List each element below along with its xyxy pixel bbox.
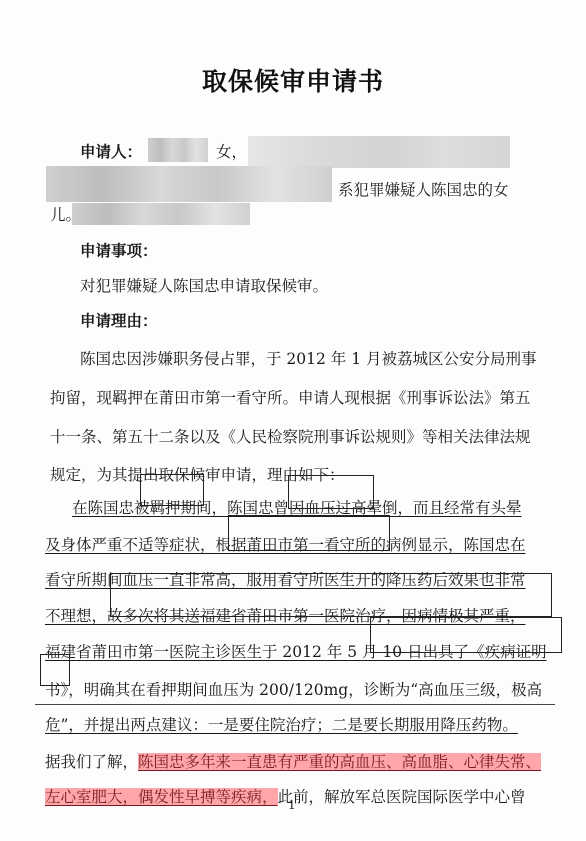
page-number: 1 [288, 798, 296, 812]
body-line-underlined: 不理想，故多次将其送福建省莆田市第一医院治疗，因病情极其严重， [45, 606, 526, 626]
handwritten-rule [35, 704, 555, 705]
body-line-12: 据我们了解，陈国忠多年来一直患有严重的高血压、高血脂、心律失常、 [45, 752, 541, 772]
body-line: 拘留，现羁押在莆田市第一看守所。申请人现根据《刑事诉讼法》第五 [50, 388, 531, 408]
body-line: 书》，明确其在看押期间血压为 200/120mg，诊断为“高血压三级，极高 [45, 680, 542, 700]
redacted-address [46, 166, 332, 202]
redacted-info [248, 136, 510, 168]
body-line-underlined: 危”，并提出两点建议：一是要住院治疗；二是要长期服用降压药物。 [45, 715, 518, 735]
body-line: 规定，为其提出取保候审申请，理由如下： [50, 465, 345, 485]
highlighted-text: 左心室肥大，偶发性早搏等疾病， [45, 788, 278, 806]
matter-text: 对犯罪嫌疑人陈国忠申请取保候审。 [80, 276, 328, 296]
document-title: 取保候审申请书 [0, 62, 586, 98]
redacted-id [72, 203, 250, 225]
relation-text: 系犯罪嫌疑人陈国忠的女 [338, 180, 509, 200]
reason-heading: 申请理由： [80, 311, 158, 331]
document-page: 取保候审申请书 申请人： 女， 系犯罪嫌疑人陈国忠的女 儿。 申请事项： 对犯罪… [0, 0, 586, 841]
line13-suffix: 此前，解放军总医院国际医学中心曾 [278, 788, 526, 806]
body-line-underlined: 及身体严重不适等症状，根据莆田市第一看守所的病例显示，陈国忠在 [45, 535, 526, 555]
body-line-underlined: 在陈国忠被羁押期间，陈国忠曾因血压过高晕倒，而且经常有头晕 [72, 498, 522, 518]
body-line: 陈国忠因涉嫌职务侵占罪，于 2012 年 1 月被荔城区公安分局刑事 [80, 349, 537, 369]
body-line: 十一条、第五十二条以及《人民检察院刑事诉讼规则》等相关法律法规 [50, 427, 531, 447]
body-line-underlined: 福建省莆田市第一医院主诊医生于 2012 年 5 月 10 日出具了《疾病证明 [45, 642, 547, 662]
highlighted-text: 陈国忠多年来一直患有严重的高血压、高血脂、心律失常、 [138, 753, 541, 771]
applicant-label: 申请人： [80, 142, 142, 162]
applicant-gender: 女， [216, 142, 247, 162]
redacted-name [148, 138, 208, 162]
body-line-13: 左心室肥大，偶发性早搏等疾病，此前，解放军总医院国际医学中心曾 [45, 787, 526, 807]
body-line-underlined: 看守所期间血压一直非常高，服用看守所医生开的降压药后效果也非常 [45, 570, 526, 590]
matter-heading: 申请事项： [80, 241, 158, 261]
line12-prefix: 据我们了解， [45, 753, 138, 771]
